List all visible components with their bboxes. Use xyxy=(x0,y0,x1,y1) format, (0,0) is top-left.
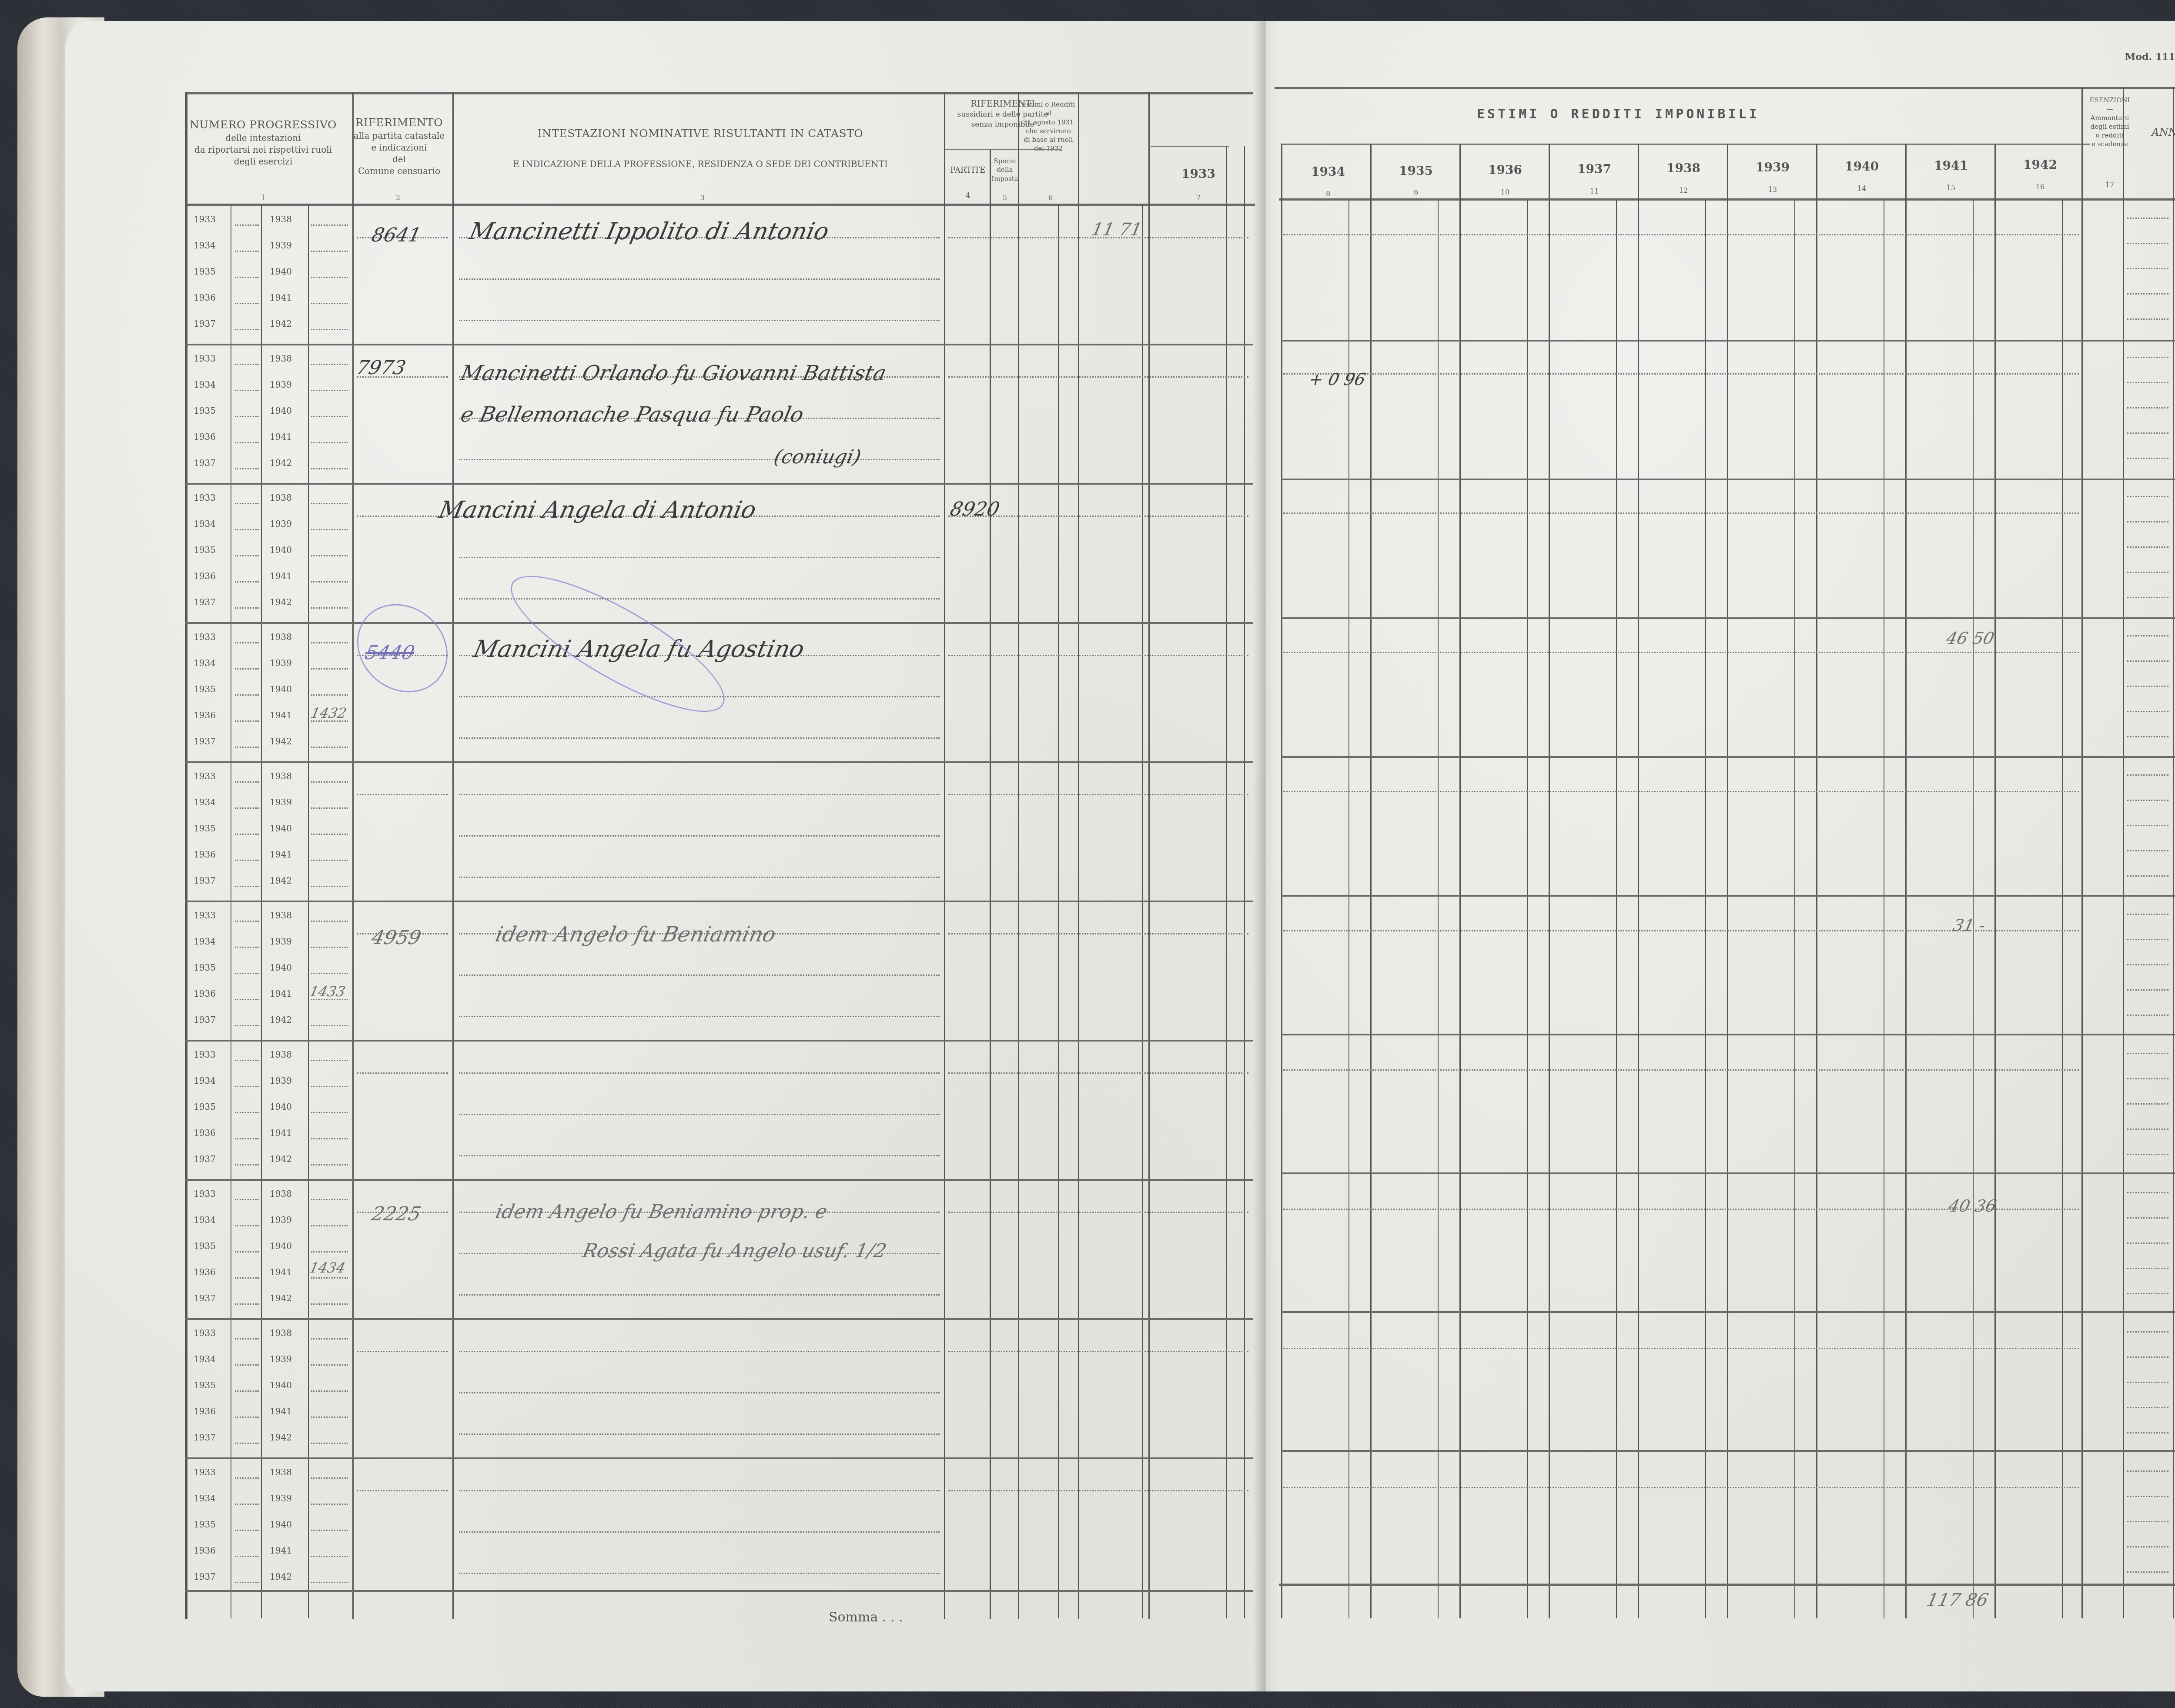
year-label: 1940 xyxy=(270,405,292,416)
dotted-line xyxy=(1283,791,2079,792)
dotted-line xyxy=(357,516,448,517)
year-label: 1937 xyxy=(194,318,216,329)
dotted-line xyxy=(2127,964,2168,965)
col-line-sub xyxy=(231,204,231,1618)
year-label: 1939 xyxy=(270,1354,292,1364)
year-label: 1942 xyxy=(270,458,292,468)
dotted-line xyxy=(948,1490,1248,1491)
year-label: 1940 xyxy=(270,1380,292,1390)
year-label: 1939 xyxy=(270,240,292,251)
dotted-line xyxy=(311,224,348,226)
dotted-line xyxy=(235,947,259,948)
dotted-line xyxy=(235,1138,259,1139)
dotted-line xyxy=(235,468,259,469)
dotted-line xyxy=(2127,711,2168,712)
dotted-line xyxy=(311,1530,348,1531)
dotted-line xyxy=(2127,1268,2168,1269)
dotted-line xyxy=(2127,597,2168,598)
dotted-line xyxy=(2127,1154,2168,1155)
year-label: 1941 xyxy=(270,292,292,303)
header-sub: della xyxy=(990,165,1020,174)
dotted-line xyxy=(235,834,259,835)
year-label: 1936 xyxy=(194,432,216,442)
dotted-line xyxy=(459,1531,940,1533)
dotted-line xyxy=(2127,1015,2168,1016)
row-group-separator xyxy=(1281,479,2175,480)
dotted-line xyxy=(235,529,259,530)
column-number: 12 xyxy=(1675,186,1692,194)
row-group-separator xyxy=(1281,756,2175,758)
year-label: 1942 xyxy=(270,1015,292,1025)
year-label: 1939 xyxy=(270,519,292,529)
dotted-line xyxy=(459,278,940,280)
somma-label: Somma . . . xyxy=(829,1610,903,1625)
dotted-line xyxy=(235,1338,259,1340)
year-label: 1934 xyxy=(194,1215,216,1225)
rule-riferimenti-sub xyxy=(944,149,1061,150)
year-label: 1935 xyxy=(194,405,216,416)
year-label: 1940 xyxy=(270,266,292,277)
dotted-line xyxy=(948,655,1248,656)
record-1-intestazione: Mancinetti Ippolito di Antonio xyxy=(467,218,831,245)
dotted-line xyxy=(459,1490,940,1491)
dotted-line xyxy=(1283,652,2079,653)
dotted-line xyxy=(311,1477,348,1479)
dotted-line xyxy=(459,459,940,460)
column-number: 9 xyxy=(1407,189,1425,197)
dotted-line xyxy=(235,1025,259,1026)
col-line xyxy=(352,92,354,1619)
dotted-line xyxy=(235,416,259,417)
header-dash: — xyxy=(2088,104,2131,113)
dotted-line xyxy=(459,1392,940,1393)
col-line xyxy=(1994,144,1996,1618)
dotted-line xyxy=(311,555,348,556)
year-label: 1940 xyxy=(270,823,292,834)
year-label: 1938 xyxy=(270,1049,292,1060)
dotted-line xyxy=(235,224,259,226)
dotted-line xyxy=(235,1199,259,1200)
dotted-line xyxy=(2127,989,2168,991)
header-title: INTESTAZIONI NOMINATIVE RISULTANTI IN CA… xyxy=(455,126,946,141)
dotted-line xyxy=(235,747,259,748)
dotted-line xyxy=(311,1364,348,1366)
record-6-intestazione: idem Angelo fu Beniamino xyxy=(493,922,778,947)
dotted-line xyxy=(311,747,348,748)
dotted-line xyxy=(235,860,259,861)
col-line xyxy=(1905,144,1907,1618)
dotted-line xyxy=(2127,218,2168,219)
dotted-line xyxy=(311,642,348,643)
year-label: 1940 xyxy=(270,1102,292,1112)
dotted-line xyxy=(311,442,348,443)
dotted-line xyxy=(311,1390,348,1392)
year-header-1933: 1933 xyxy=(1172,167,1225,181)
column-number: 6 xyxy=(1042,194,1059,202)
rule-footer-right xyxy=(1279,1584,2175,1586)
dotted-line xyxy=(311,251,348,252)
year-label: 1938 xyxy=(270,1467,292,1477)
col-line-sub xyxy=(1616,200,1617,1618)
col-line xyxy=(1018,92,1019,1619)
year-label: 1933 xyxy=(194,1467,216,1477)
record-8-intestazione-line1: idem Angelo fu Beniamino prop. e xyxy=(494,1201,830,1223)
year-label: 1937 xyxy=(194,1293,216,1303)
dotted-line xyxy=(459,1433,940,1435)
year-label: 1940 xyxy=(270,1519,292,1530)
dotted-line xyxy=(311,329,348,330)
header-sub: che servirono xyxy=(1020,127,1077,135)
dotted-line xyxy=(311,1025,348,1026)
row-group-separator xyxy=(185,901,1253,902)
header-sub: delle intestazioni xyxy=(185,132,341,144)
dotted-line xyxy=(235,251,259,252)
row-group-separator xyxy=(1281,1034,2175,1035)
rule-top-right xyxy=(1275,87,2175,89)
dotted-line xyxy=(235,781,259,783)
dotted-line xyxy=(2127,1521,2168,1522)
dotted-line xyxy=(235,1504,259,1505)
dotted-line xyxy=(311,1338,348,1340)
dotted-line xyxy=(357,1490,448,1491)
dotted-line xyxy=(235,886,259,887)
year-label: 1941 xyxy=(270,988,292,999)
year-label: 1935 xyxy=(194,545,216,555)
dotted-line xyxy=(311,303,348,304)
year-label: 1942 xyxy=(270,597,292,607)
year-label: 1940 xyxy=(270,545,292,555)
header-sub: di base ai ruoli xyxy=(1020,135,1077,144)
right-page xyxy=(1266,21,2175,1691)
year-header: 1934 xyxy=(1302,164,1354,179)
dotted-line xyxy=(2127,357,2168,358)
year-label: 1935 xyxy=(194,1380,216,1390)
column-number: 1 xyxy=(252,194,274,202)
dotted-line xyxy=(2127,1546,2168,1547)
record-8-riferimento: 2225 xyxy=(370,1203,423,1225)
dotted-line xyxy=(311,921,348,922)
dotted-line xyxy=(459,1573,940,1574)
header-sub: alla partita catastale xyxy=(352,130,446,142)
year-label: 1935 xyxy=(194,266,216,277)
dotted-line xyxy=(235,1060,259,1061)
dotted-line xyxy=(235,303,259,304)
dotted-line xyxy=(2127,382,2168,383)
dotted-line xyxy=(459,1072,940,1074)
header-partite: PARTITE xyxy=(946,165,990,176)
header-sub: Imposta xyxy=(990,174,1020,183)
dotted-line xyxy=(311,1303,348,1305)
dotted-line xyxy=(2127,1496,2168,1497)
dotted-line xyxy=(311,1251,348,1253)
dotted-line xyxy=(1283,234,2079,235)
dotted-line xyxy=(235,642,259,643)
header-sub: e indicazioni xyxy=(352,142,446,154)
column-number: 15 xyxy=(1942,184,1960,192)
col-line xyxy=(1727,144,1728,1618)
dotted-line xyxy=(235,1443,259,1444)
header-intestazioni: INTESTAZIONI NOMINATIVE RISULTANTI IN CA… xyxy=(455,126,946,170)
col-line xyxy=(1281,144,1282,1618)
header-sub: Specie xyxy=(990,157,1020,165)
dotted-line xyxy=(311,364,348,365)
year-label: 1933 xyxy=(194,492,216,503)
dotted-line xyxy=(235,1364,259,1366)
dotted-line xyxy=(2127,458,2168,459)
dotted-line xyxy=(1283,1487,2079,1488)
rule-top-left xyxy=(185,92,1253,94)
row-group-separator xyxy=(185,1318,1253,1320)
dotted-line xyxy=(235,999,259,1000)
dotted-line xyxy=(235,329,259,330)
book-gutter xyxy=(1253,21,1279,1691)
col-line-sub xyxy=(2062,200,2063,1618)
dotted-line xyxy=(311,1112,348,1113)
dotted-line xyxy=(2127,318,2168,320)
rule-footer-left xyxy=(185,1590,1253,1592)
header-sub: del xyxy=(352,154,446,165)
dotted-line xyxy=(2127,1242,2168,1244)
year-label: 1935 xyxy=(194,1102,216,1112)
dotted-line xyxy=(235,581,259,583)
dotted-line xyxy=(459,975,940,976)
row-group-separator xyxy=(185,622,1253,624)
dotted-line xyxy=(235,442,259,443)
year-label: 1941 xyxy=(270,849,292,860)
year-header: 1935 xyxy=(1390,164,1442,178)
col-line xyxy=(1148,92,1150,1619)
dotted-line xyxy=(2127,1053,2168,1054)
dotted-line xyxy=(311,1086,348,1087)
year-label: 1938 xyxy=(270,910,292,921)
dotted-line xyxy=(311,1443,348,1444)
dotted-line xyxy=(2127,293,2168,295)
col-line xyxy=(2123,87,2124,1618)
column-number: 2 xyxy=(387,194,409,202)
header-sub: degli estimi xyxy=(2088,122,2131,131)
year-label: 1936 xyxy=(194,292,216,303)
year-label: 1941 xyxy=(270,432,292,442)
dotted-line xyxy=(311,1277,348,1279)
dotted-line xyxy=(2127,243,2168,244)
dotted-line xyxy=(311,468,348,469)
header-sub: Comune censuario xyxy=(352,165,446,177)
col-line xyxy=(2081,87,2083,1618)
dotted-line xyxy=(235,1390,259,1392)
year-label: 1939 xyxy=(270,1075,292,1086)
year-label: 1938 xyxy=(270,1189,292,1199)
dotted-line xyxy=(459,1016,940,1017)
dotted-line xyxy=(311,807,348,809)
dotted-line xyxy=(2127,407,2168,409)
col-line xyxy=(1459,144,1461,1618)
year-label: 1939 xyxy=(270,658,292,668)
year-label: 1933 xyxy=(194,1189,216,1199)
year-header: 1942 xyxy=(2014,157,2066,172)
year-label: 1934 xyxy=(194,1493,216,1504)
dotted-line xyxy=(235,1251,259,1253)
year-label: 1942 xyxy=(270,1154,292,1164)
year-label: 1942 xyxy=(270,1571,292,1582)
col-line-sub xyxy=(1794,200,1795,1618)
col-line xyxy=(2173,87,2174,1618)
dotted-line xyxy=(459,557,940,558)
model-label: Mod. 111 - Imposte Dirette (Intercalare)… xyxy=(2125,51,2175,63)
dotted-line xyxy=(2127,736,2168,737)
dotted-line xyxy=(2127,496,2168,497)
year-label: 1939 xyxy=(270,1493,292,1504)
year-label: 1934 xyxy=(194,658,216,668)
header-title: ESENZIONI xyxy=(2088,96,2131,104)
dotted-line xyxy=(948,933,1248,934)
year-label: 1934 xyxy=(194,519,216,529)
dotted-line xyxy=(2127,432,2168,434)
year-label: 1934 xyxy=(194,1075,216,1086)
dotted-line xyxy=(235,555,259,556)
header-sub: Ammontare xyxy=(2088,114,2131,122)
dotted-line xyxy=(2127,546,2168,548)
year-label: 1935 xyxy=(194,1519,216,1530)
year-label: 1936 xyxy=(194,710,216,720)
dotted-line xyxy=(2127,1356,2168,1358)
record-4-estimo-1941: 46 50 xyxy=(1944,629,1996,648)
dotted-line xyxy=(235,1556,259,1557)
row-group-separator xyxy=(1281,340,2175,342)
year-label: 1937 xyxy=(194,458,216,468)
year-label: 1937 xyxy=(194,1571,216,1582)
dotted-line xyxy=(2127,939,2168,940)
dotted-line xyxy=(2127,1432,2168,1433)
header-esenzioni: ESENZIONI — Ammontare degli estimi o red… xyxy=(2088,96,2131,149)
dotted-line xyxy=(311,1060,348,1061)
dotted-line xyxy=(235,364,259,365)
dotted-line xyxy=(459,737,940,739)
col-line-sub xyxy=(1348,200,1349,1618)
dotted-line xyxy=(2127,774,2168,776)
column-number: 16 xyxy=(2031,183,2049,191)
year-label: 1933 xyxy=(194,632,216,642)
dotted-line xyxy=(2127,1078,2168,1079)
dotted-line xyxy=(235,607,259,609)
dotted-line xyxy=(2127,800,2168,801)
dotted-line xyxy=(459,794,940,795)
row-group-separator xyxy=(185,761,1253,763)
col-line xyxy=(1638,144,1639,1618)
dotted-line xyxy=(2127,521,2168,522)
row-group-separator xyxy=(1281,1450,2175,1452)
header-title: RIFERIMENTO xyxy=(352,115,446,130)
year-label: 1936 xyxy=(194,988,216,999)
dotted-line xyxy=(311,668,348,670)
dotted-line xyxy=(311,1164,348,1165)
year-header: 1936 xyxy=(1479,163,1531,177)
row-group-separator xyxy=(185,344,1253,345)
dotted-line xyxy=(2127,660,2168,662)
dotted-line xyxy=(459,835,940,837)
dotted-line xyxy=(459,1155,940,1156)
row-group-separator xyxy=(1281,617,2175,619)
year-label: 1940 xyxy=(270,684,292,694)
dotted-line xyxy=(311,607,348,609)
dotted-line xyxy=(311,529,348,530)
header-estimi-redditi: ESTIMI O REDDITI IMPONIBILI xyxy=(1477,107,1760,122)
year-header: 1940 xyxy=(1836,159,1888,174)
dotted-line xyxy=(311,1504,348,1505)
dotted-line xyxy=(311,947,348,948)
header-sub: e scadenze xyxy=(2088,140,2131,148)
dotted-line xyxy=(2127,1470,2168,1472)
year-label: 1938 xyxy=(270,632,292,642)
col-line xyxy=(944,92,945,1619)
record-3-partite: 8920 xyxy=(948,498,1002,520)
col-line xyxy=(1226,146,1227,1618)
dotted-line xyxy=(459,1294,940,1296)
record-2-intestazione-line2: e Bellemonache Pasqua fu Paolo xyxy=(458,402,806,427)
dotted-line xyxy=(311,694,348,696)
dotted-line xyxy=(235,1086,259,1087)
year-label: 1938 xyxy=(270,353,292,364)
dotted-line xyxy=(311,886,348,887)
header-title: NUMERO PROGRESSIVO xyxy=(185,117,341,132)
year-label: 1933 xyxy=(194,771,216,781)
col-line-sub xyxy=(308,204,309,1618)
dotted-line xyxy=(459,1114,940,1115)
dotted-line xyxy=(2127,875,2168,877)
dotted-line xyxy=(2127,1407,2168,1408)
row-group-separator xyxy=(1281,1172,2175,1174)
rule-1933-sub xyxy=(1151,146,1229,147)
col-line-sub xyxy=(1527,200,1528,1618)
dotted-line xyxy=(2127,1103,2168,1105)
frame-left xyxy=(185,92,187,1619)
year-label: 1940 xyxy=(270,962,292,973)
year-label: 1933 xyxy=(194,1328,216,1338)
dotted-line xyxy=(2127,635,2168,636)
dotted-line xyxy=(311,1582,348,1583)
dotted-line xyxy=(235,807,259,809)
year-label: 1935 xyxy=(194,684,216,694)
somma-1941-value: 117 86 xyxy=(1925,1590,1990,1610)
header-estimi-1931: Estimi o Redditi al 31 agosto 1931 che s… xyxy=(1020,100,1077,153)
dotted-line xyxy=(235,720,259,722)
dotted-line xyxy=(235,1112,259,1113)
year-label: 1936 xyxy=(194,571,216,581)
dotted-line xyxy=(235,973,259,974)
dotted-line xyxy=(459,1351,940,1352)
year-label: 1939 xyxy=(270,797,292,807)
year-label: 1939 xyxy=(270,1215,292,1225)
header-sub: 31 agosto 1931 xyxy=(1020,118,1077,127)
year-label: 1933 xyxy=(194,353,216,364)
header-sub: E INDICAZIONE DELLA PROFESSIONE, RESIDEN… xyxy=(455,158,946,170)
header-specie-imposta: Specie della Imposta xyxy=(990,157,1020,183)
year-label: 1941 xyxy=(270,1267,292,1277)
header-sub: Estimi o Redditi xyxy=(1020,100,1077,109)
dotted-line xyxy=(2127,268,2168,269)
year-label: 1941 xyxy=(270,710,292,720)
year-label: 1942 xyxy=(270,875,292,886)
year-label: 1936 xyxy=(194,1267,216,1277)
dotted-line xyxy=(2127,686,2168,687)
dotted-line xyxy=(1283,1348,2079,1349)
dotted-line xyxy=(235,1530,259,1531)
year-label: 1941 xyxy=(270,1406,292,1417)
dotted-line xyxy=(311,781,348,783)
row-group-separator xyxy=(1281,1311,2175,1313)
year-label: 1934 xyxy=(194,379,216,390)
dotted-line xyxy=(311,1417,348,1418)
column-number: 10 xyxy=(1496,188,1514,196)
